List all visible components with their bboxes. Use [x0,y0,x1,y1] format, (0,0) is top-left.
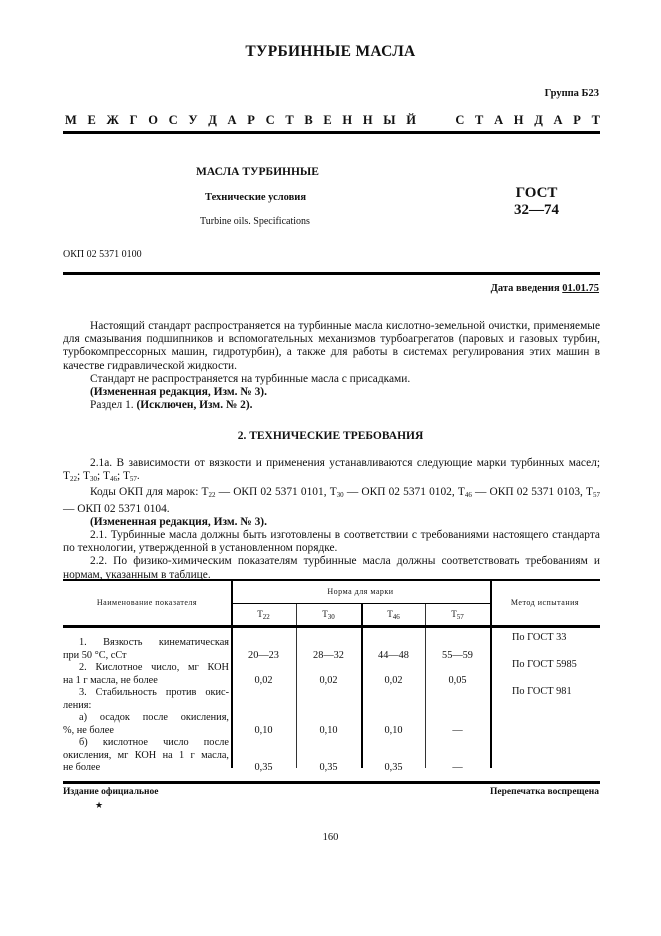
banner-letter: С [455,113,464,128]
okp-code: ОКП 02 5371 0100 [63,249,142,260]
name-line: 3. Стабильность против окис- [63,687,229,700]
table-column-rule [425,604,426,625]
grade-column-header: Т30 [296,609,361,621]
name-line: 1. Вязкость кинематическая [63,637,229,650]
grade-subscript: 46 [465,491,472,499]
table-cell-value: 0,35 [361,762,426,773]
banner-letter: А [554,113,563,128]
clause-2-1: 2.1. Турбинные масла должны быть изготов… [63,529,600,555]
banner-letter: О [148,113,158,128]
banner-letter: Н [342,113,352,128]
banner-letter: У [188,113,197,128]
grade-subscript: 22 [263,613,270,621]
table-top-rule [63,579,600,581]
table-cell-value: 20—23 [231,650,296,661]
clause-change-note: (Измененная редакция, Изм. № 3). [63,516,600,529]
banner-letter: Н [514,113,524,128]
grade-subscript: 57 [457,613,464,621]
standard-subtitle: Технические условия [205,192,306,203]
banner-gap [427,113,445,128]
interstate-standard-banner: МЕЖГОСУДАРСТВЕННЫЙСТАНДАРТ [65,113,600,128]
official-edition-label: Издание официальное [63,787,159,797]
gost-number: 32—74 [514,202,559,219]
name-line: на 1 г масла, не более [63,675,229,688]
gost-designation: ГОСТ 32—74 [514,185,559,219]
table-cell-method: По ГОСТ 33 [512,632,566,643]
grade-column-header: Т46 [361,609,426,621]
clause-2-1a: 2.1а. В зависимости от вязкости и примен… [63,457,600,486]
grade-subscript: 22 [70,475,77,483]
header-rule [63,131,600,134]
table-row-name: б) кислотное число послеокисления, мг КО… [63,737,229,775]
name-line: ления: [63,700,229,713]
star-icon: ★ [95,800,103,811]
clause-2-2: 2.2. По физико-химическим показателям ту… [63,555,600,581]
table-cell-value: 55—59 [425,650,490,661]
date-value: 01.01.75 [562,283,599,294]
gost-label: ГОСТ [514,185,559,202]
intro-section: Настоящий стандарт распространяется на т… [63,320,600,412]
header-grade-norm: Норма для марки [231,587,490,596]
name-line: не более [63,762,229,775]
table-column-rule [361,604,363,625]
table-column-rule [490,581,492,625]
grade-mark: Т30 [322,609,335,619]
grade-mark: Т57 [123,470,137,482]
grade-subscript: 30 [90,475,97,483]
table-cell-value: — [425,762,490,773]
reprint-prohibited-label: Перепечатка воспрещена [490,787,599,797]
table-cell-value: 0,10 [231,725,296,736]
grade-mark: Т22 [202,486,216,498]
grade-mark: Т57 [451,609,464,619]
banner-letter: Е [323,113,331,128]
banner-letter: В [304,113,312,128]
grade-mark: Т46 [103,470,117,482]
table-column-rule [231,581,233,625]
header-indicator-name: Наименование показателя [63,598,231,607]
banner-letter: Д [208,113,217,128]
banner-letter: Ж [107,113,119,128]
banner-letter: А [228,113,237,128]
name-line: при 50 °С, сСт [63,650,229,663]
okp-codes-paragraph: Коды ОКП для марок: Т22 — ОКП 02 5371 01… [63,486,600,515]
title-block-rule [63,272,600,275]
section1-label: Раздел 1. [90,399,134,411]
grade-mark: Т30 [330,486,344,498]
banner-letter: Т [592,113,600,128]
banner-letter: Н [363,113,373,128]
header-test-method: Метод испытания [490,598,600,607]
standard-title: МАСЛА ТУРБИННЫЕ [196,166,319,178]
grade-subscript: 46 [110,475,117,483]
grade-subscript: 22 [209,491,216,499]
group-code: Группа Б23 [545,88,599,99]
banner-letter: С [266,113,275,128]
grade-subscript: 30 [328,613,335,621]
banner-letter: Р [247,113,255,128]
banner-letter: С [169,113,178,128]
table-cell-value: 0,10 [361,725,426,736]
date-label: Дата введения [491,283,560,294]
banner-letter: Й [406,113,416,128]
table-column-rule [296,604,297,625]
table-cell-value: 0,35 [231,762,296,773]
table-header-rule [63,625,600,628]
table-column-rule [490,628,492,768]
footer-rule [63,781,600,784]
effective-date: Дата введения 01.01.75 [491,283,599,294]
document-title: ТУРБИННЫЕ МАСЛА [0,43,661,61]
table-cell-value: 0,02 [231,675,296,686]
intro-change-note: (Измененная редакция, Изм. № 3). [63,386,600,399]
table-row-name: а) осадок после окисления,%, не более [63,712,229,737]
name-line: а) осадок после окисления, [63,712,229,725]
grade-subscript: 57 [593,491,600,499]
intro-paragraph-exclusion: Стандарт не распространяется на турбинны… [63,373,600,386]
table-row-name: 3. Стабильность против окис-ления: [63,687,229,712]
grade-subscript: 46 [393,613,400,621]
grade-mark: Т30 [83,470,97,482]
banner-letter: Е [88,113,96,128]
grade-subscript: 57 [130,475,137,483]
banner-letter: Т [285,113,293,128]
section-2-heading: 2. ТЕХНИЧЕСКИЕ ТРЕБОВАНИЯ [0,430,661,442]
grade-mark: Т22 [63,470,77,482]
banner-letter: Ы [383,113,395,128]
intro-paragraph-scope: Настоящий стандарт распространяется на т… [63,320,600,373]
table-cell-method: По ГОСТ 981 [512,686,572,697]
name-line: 2. Кислотное число, мг КОН [63,662,229,675]
table-cell-value: 44—48 [361,650,426,661]
table-cell-value: 0,05 [425,675,490,686]
name-line: %, не более [63,725,229,738]
table-cell-value: 28—32 [296,650,361,661]
table-cell-value: 0,35 [296,762,361,773]
banner-letter: Т [475,113,483,128]
table-cell-value: 0,02 [361,675,426,686]
section1-excluded: (Исключен, Изм. № 2). [136,399,252,411]
grade-column-header: Т22 [231,609,296,621]
section1-note: Раздел 1. (Исключен, Изм. № 2). [63,399,600,412]
table-cell-method: По ГОСТ 5985 [512,659,577,670]
grade-mark: Т46 [387,609,400,619]
standard-english-title: Turbine oils. Specifications [200,216,310,227]
banner-letter: Р [573,113,581,128]
table-cell-value: — [425,725,490,736]
table-cell-value: 0,02 [296,675,361,686]
table-cell-value: 0,10 [296,725,361,736]
name-line: б) кислотное число после [63,737,229,750]
banner-letter: Г [130,113,138,128]
table-row-name: 1. Вязкость кинематическаяпри 50 °С, сСт [63,637,229,662]
grade-column-header: Т57 [425,609,490,621]
grade-mark: Т22 [257,609,270,619]
table-row-name: 2. Кислотное число, мг КОНна 1 г масла, … [63,662,229,687]
banner-letter: Д [534,113,543,128]
banner-letter: М [65,113,77,128]
grade-mark: Т46 [458,486,472,498]
page-number: 160 [0,832,661,843]
grade-mark: Т57 [586,486,600,498]
grade-subscript: 30 [337,491,344,499]
name-line: окисления, мг КОН на 1 г масла, [63,750,229,763]
banner-letter: А [494,113,503,128]
section-2-body: 2.1а. В зависимости от вязкости и примен… [63,457,600,582]
